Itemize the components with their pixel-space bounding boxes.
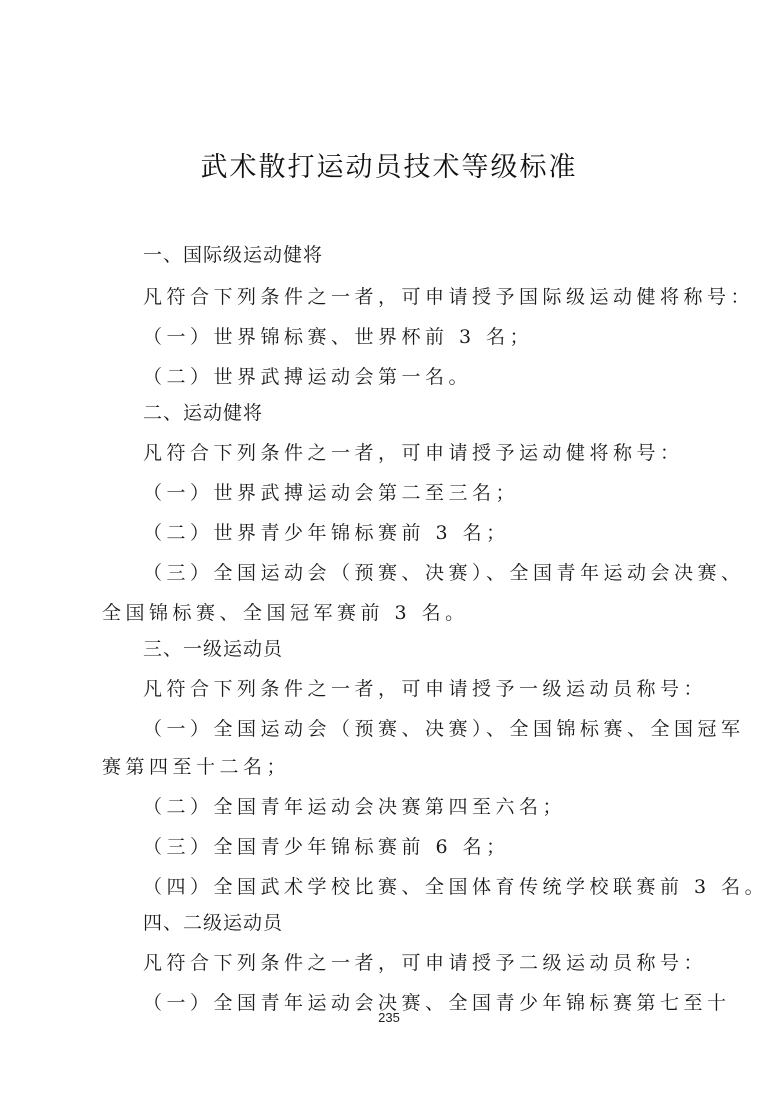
list-item: （一）世界锦标赛、世界杯前 3 名； [143, 322, 533, 349]
section-heading-first-class: 三、一级运动员 [143, 634, 283, 661]
document-page: 武术散打运动员技术等级标准 一、国际级运动健将 凡符合下列条件之一者，可申请授予… [0, 0, 778, 1100]
list-item: （三）全国青少年锦标赛前 6 名； [143, 832, 510, 859]
list-item: （二）世界武搏运动会第一名。 [143, 362, 472, 389]
section-heading-international-master: 一、国际级运动健将 [143, 240, 323, 267]
section-heading-second-class: 四、二级运动员 [143, 908, 283, 935]
page-number: 235 [0, 1010, 778, 1025]
paragraph-criteria-intro: 凡符合下列条件之一者，可申请授予国际级运动健将称号： [143, 282, 754, 309]
paragraph-criteria-intro: 凡符合下列条件之一者，可申请授予运动健将称号： [143, 438, 684, 465]
paragraph-criteria-intro: 凡符合下列条件之一者，可申请授予一级运动员称号： [143, 674, 707, 701]
list-item: （一）全国运动会（预赛、决赛）、全国锦标赛、全国冠军 [143, 714, 745, 741]
list-item: （二）世界青少年锦标赛前 3 名； [143, 518, 510, 545]
list-item-continuation: 全国锦标赛、全国冠军赛前 3 名。 [102, 598, 469, 625]
section-heading-master: 二、运动健将 [143, 398, 263, 425]
paragraph-criteria-intro: 凡符合下列条件之一者，可申请授予二级运动员称号： [143, 948, 707, 975]
list-item: （三）全国运动会（预赛、决赛）、全国青年运动会决赛、 [143, 558, 745, 585]
list-item: （一）世界武搏运动会第二至三名； [143, 478, 519, 505]
list-item-continuation: 赛第四至十二名； [102, 752, 290, 779]
page-title: 武术散打运动员技术等级标准 [0, 145, 778, 184]
list-item: （二）全国青年运动会决赛第四至六名； [143, 792, 566, 819]
list-item: （四）全国武术学校比赛、全国体育传统学校联赛前 3 名。 [143, 872, 768, 899]
